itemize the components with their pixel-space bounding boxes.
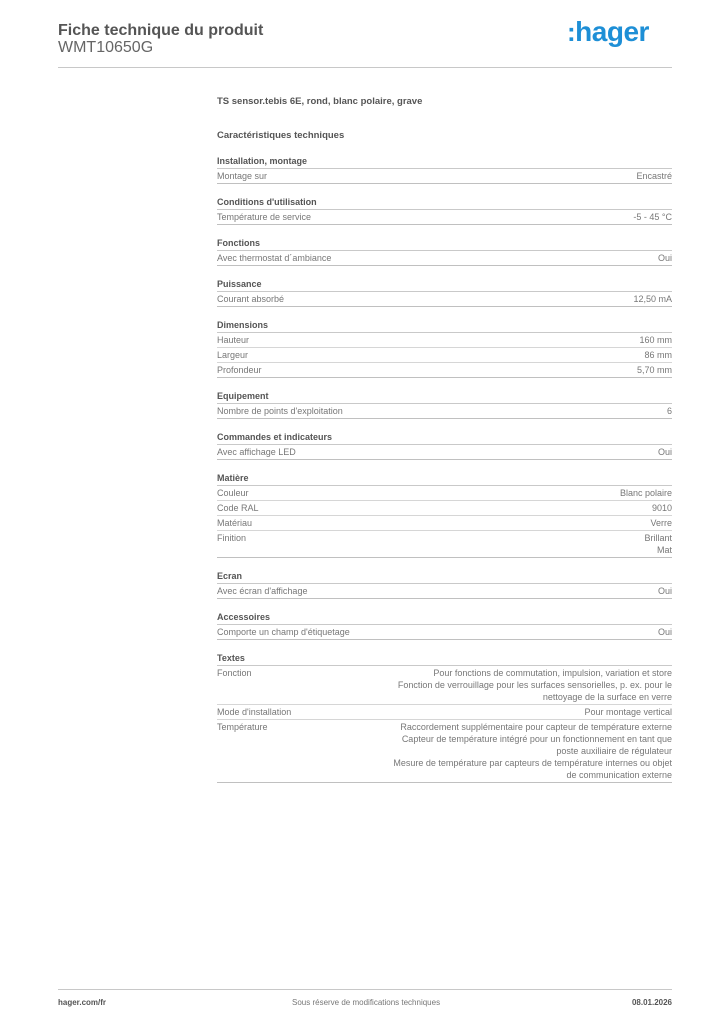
group-title: Installation, montage (217, 155, 672, 169)
group-title: Conditions d'utilisation (217, 196, 672, 210)
spec-value-line: 160 mm (639, 334, 672, 346)
spec-row: CouleurBlanc polaire (217, 486, 672, 501)
spec-row: Courant absorbé12,50 mA (217, 292, 672, 307)
spec-value-line: Fonction de verrouillage pour les surfac… (362, 679, 672, 691)
spec-value-line: de communication externe (362, 769, 672, 781)
spec-label: Nombre de points d'exploitation (217, 405, 343, 417)
group-title: Equipement (217, 390, 672, 404)
spec-label: Matériau (217, 517, 252, 529)
spec-value: 86 mm (644, 349, 672, 361)
spec-group: EquipementNombre de points d'exploitatio… (217, 390, 672, 419)
product-code: WMT10650G (58, 39, 153, 57)
spec-label: Avec affichage LED (217, 446, 296, 458)
spec-group: Installation, montageMontage surEncastré (217, 155, 672, 184)
spec-label: Largeur (217, 349, 248, 361)
spec-value-line: Oui (658, 626, 672, 638)
footer-divider (58, 989, 672, 990)
spec-value: 9010 (652, 502, 672, 514)
spec-value-line: Mesure de température par capteurs de te… (362, 757, 672, 769)
spec-group: AccessoiresComporte un champ d'étiquetag… (217, 611, 672, 640)
spec-value: 5,70 mm (637, 364, 672, 376)
spec-value: -5 - 45 °C (633, 211, 672, 223)
footer-disclaimer: Sous réserve de modifications techniques (292, 998, 440, 1007)
spec-row: Comporte un champ d'étiquetageOui (217, 625, 672, 640)
spec-value: Pour fonctions de commutation, impulsion… (362, 667, 672, 703)
spec-value-line: Mat (644, 544, 672, 556)
spec-row: Avec écran d'affichageOui (217, 584, 672, 599)
group-title: Matière (217, 472, 672, 486)
spec-row: Nombre de points d'exploitation6 (217, 404, 672, 419)
header-divider (58, 67, 672, 68)
group-title: Fonctions (217, 237, 672, 251)
spec-value-line: nettoyage de la surface en verre (362, 691, 672, 703)
product-name: TS sensor.tebis 6E, rond, blanc polaire,… (217, 95, 672, 109)
spec-value-line: Pour fonctions de commutation, impulsion… (362, 667, 672, 679)
spec-value: Raccordement supplémentaire pour capteur… (362, 721, 672, 781)
spec-value-line: 6 (667, 405, 672, 417)
spec-value-line: Raccordement supplémentaire pour capteur… (362, 721, 672, 733)
group-title: Textes (217, 652, 672, 666)
spec-group: DimensionsHauteur160 mmLargeur86 mmProfo… (217, 319, 672, 378)
spec-label: Couleur (217, 487, 249, 499)
spec-row: Température de service-5 - 45 °C (217, 210, 672, 225)
spec-value-line: Pour montage vertical (362, 706, 672, 718)
spec-label: Avec thermostat d´ambiance (217, 252, 331, 264)
page-title: Fiche technique du produit (58, 22, 263, 40)
spec-row: Mode d'installationPour montage vertical (217, 705, 672, 720)
spec-value-line: Capteur de température intégré pour un f… (362, 733, 672, 745)
spec-row: Montage surEncastré (217, 169, 672, 184)
logo-text: hager (575, 16, 649, 47)
spec-value: Pour montage vertical (362, 706, 672, 718)
spec-label: Hauteur (217, 334, 249, 346)
spec-label: Avec écran d'affichage (217, 585, 307, 597)
spec-row: Avec thermostat d´ambianceOui (217, 251, 672, 266)
spec-value: Oui (658, 626, 672, 638)
spec-value: 12,50 mA (633, 293, 672, 305)
spec-row: FinitionBrillantMat (217, 531, 672, 558)
spec-value-line: Blanc polaire (620, 487, 672, 499)
spec-value: 6 (667, 405, 672, 417)
spec-label: Température de service (217, 211, 311, 223)
group-title: Commandes et indicateurs (217, 431, 672, 445)
spec-value-line: Oui (658, 585, 672, 597)
spec-content: TS sensor.tebis 6E, rond, blanc polaire,… (217, 95, 672, 783)
spec-value-line: Brillant (644, 532, 672, 544)
group-title: Puissance (217, 278, 672, 292)
spec-value: Oui (658, 252, 672, 264)
spec-value-line: Encastré (636, 170, 672, 182)
spec-group: PuissanceCourant absorbé12,50 mA (217, 278, 672, 307)
footer-date: 08.01.2026 (632, 998, 672, 1007)
spec-value-line: 12,50 mA (633, 293, 672, 305)
spec-label: Finition (217, 532, 246, 556)
spec-value-line: 9010 (652, 502, 672, 514)
spec-group: EcranAvec écran d'affichageOui (217, 570, 672, 599)
group-title: Ecran (217, 570, 672, 584)
spec-value: Blanc polaire (620, 487, 672, 499)
spec-label: Code RAL (217, 502, 259, 514)
spec-value-line: Verre (650, 517, 672, 529)
spec-row: Avec affichage LEDOui (217, 445, 672, 460)
spec-value: Encastré (636, 170, 672, 182)
spec-row: Profondeur5,70 mm (217, 363, 672, 378)
spec-value-line: -5 - 45 °C (633, 211, 672, 223)
spec-group: Commandes et indicateursAvec affichage L… (217, 431, 672, 460)
spec-group: FonctionsAvec thermostat d´ambianceOui (217, 237, 672, 266)
spec-label: Montage sur (217, 170, 267, 182)
spec-label: Température (217, 721, 268, 781)
spec-value-line: Oui (658, 446, 672, 458)
hager-logo: :hager (567, 16, 649, 48)
logo-colon: : (567, 17, 575, 47)
spec-group: MatièreCouleurBlanc polaireCode RAL9010M… (217, 472, 672, 558)
spec-row: FonctionPour fonctions de commutation, i… (217, 666, 672, 705)
spec-value-line: 5,70 mm (637, 364, 672, 376)
spec-value: BrillantMat (644, 532, 672, 556)
spec-label: Courant absorbé (217, 293, 284, 305)
section-title: Caractéristiques techniques (217, 129, 672, 143)
spec-value-line: Oui (658, 252, 672, 264)
spec-groups: Installation, montageMontage surEncastré… (217, 155, 672, 783)
footer-website-link[interactable]: hager.com/fr (58, 998, 106, 1007)
spec-group: TextesFonctionPour fonctions de commutat… (217, 652, 672, 783)
spec-value-line: poste auxiliaire de régulateur (362, 745, 672, 757)
spec-row: MatériauVerre (217, 516, 672, 531)
spec-group: Conditions d'utilisationTempérature de s… (217, 196, 672, 225)
group-title: Dimensions (217, 319, 672, 333)
spec-row: Hauteur160 mm (217, 333, 672, 348)
spec-label: Profondeur (217, 364, 262, 376)
spec-label: Fonction (217, 667, 252, 703)
spec-row: Code RAL9010 (217, 501, 672, 516)
spec-value: Oui (658, 585, 672, 597)
group-title: Accessoires (217, 611, 672, 625)
spec-value: Oui (658, 446, 672, 458)
spec-value: 160 mm (639, 334, 672, 346)
spec-value-line: 86 mm (644, 349, 672, 361)
spec-value: Verre (650, 517, 672, 529)
spec-row: Largeur86 mm (217, 348, 672, 363)
spec-label: Mode d'installation (217, 706, 291, 718)
spec-label: Comporte un champ d'étiquetage (217, 626, 350, 638)
spec-row: TempératureRaccordement supplémentaire p… (217, 720, 672, 783)
